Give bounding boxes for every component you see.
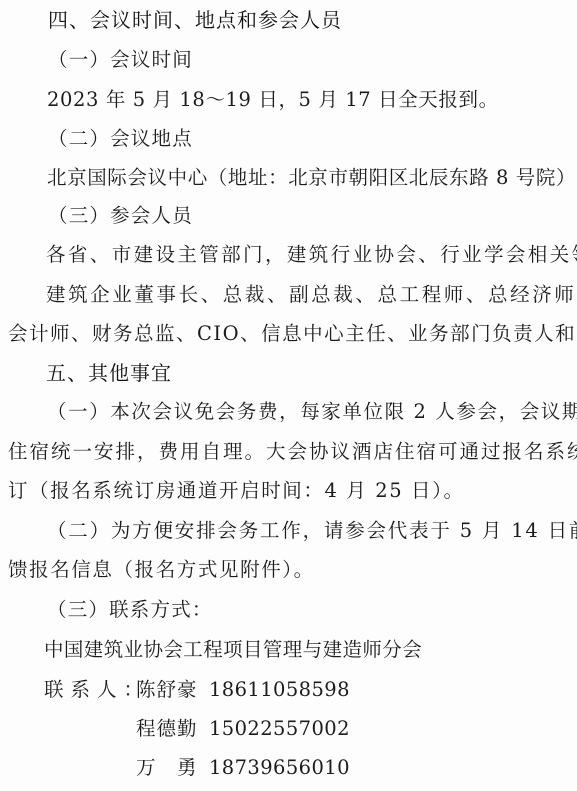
other-item-1-line-2: 住宿统一安排，费用自理。大会协议酒店住宿可通过报名系统预	[8, 440, 577, 464]
attendees-line-3: 会计师、财务总监、CIO、信息中心主任、业务部门负责人和骨干。	[8, 322, 577, 346]
meeting-venue-text: 北京国际会议中心（地址：北京市朝阳区北辰东路 8 号院）	[47, 166, 576, 190]
other-item-1-line-3: 订（报名系统订房通道开启时间：4 月 25 日）。	[8, 479, 465, 503]
contact-row-3: 万 勇 18739656010	[44, 756, 564, 780]
document-page: 四、会议时间、地点和参会人员 （一）会议时间 2023 年 5 月 18～19 …	[0, 0, 577, 791]
section-5-heading: 五、其他事宜	[46, 361, 172, 385]
attendees-label: （三）参会人员	[48, 204, 193, 228]
section-4-heading: 四、会议时间、地点和参会人员	[48, 8, 342, 32]
contact-row-1: 联系人： 陈舒豪 18611058598	[44, 678, 564, 702]
organization-name: 中国建筑业协会工程项目管理与建造师分会	[44, 638, 422, 662]
contact-person-label: 联系人：	[44, 678, 150, 702]
contact-row-2: 程德勤 15022557002	[44, 717, 564, 741]
other-item-2-line-2: 馈报名信息（报名方式见附件）。	[8, 558, 315, 582]
contact-phone: 15022557002	[209, 717, 350, 741]
meeting-time-label: （一）会议时间	[48, 48, 193, 72]
attendees-line-2: 建筑企业董事长、总裁、副总裁、总工程师、总经济师、总	[46, 283, 577, 307]
contact-phone: 18611058598	[209, 678, 350, 702]
attendees-line-1: 各省、市建设主管部门，建筑行业协会、行业学会相关领导	[46, 243, 577, 267]
meeting-time-text: 2023 年 5 月 18～19 日，5 月 17 日全天报到。	[47, 88, 499, 112]
other-item-2-line-1: （二）为方便安排会务工作，请参会代表于 5 月 14 日前反	[47, 519, 577, 543]
contact-name: 万 勇	[136, 756, 198, 780]
contact-phone: 18739656010	[209, 756, 350, 780]
meeting-venue-label: （二）会议地点	[48, 127, 193, 151]
other-item-1-line-1: （一）本次会议免会务费，每家单位限 2 人参会，会议期间	[47, 400, 577, 424]
contact-name: 陈舒豪	[136, 678, 198, 702]
contact-info-label: （三）联系方式：	[47, 598, 213, 622]
contact-name: 程德勤	[136, 717, 198, 741]
